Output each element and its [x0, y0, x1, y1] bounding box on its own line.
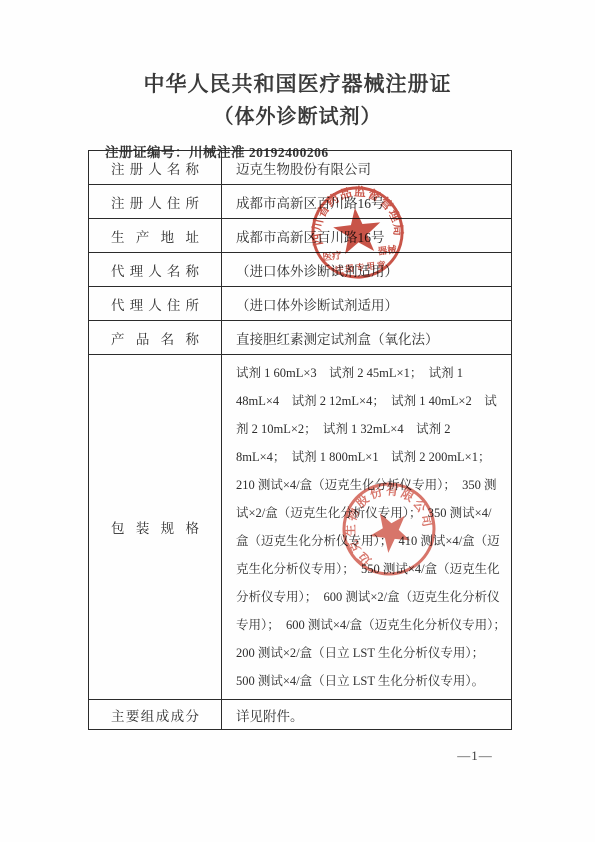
- page-number: —1—: [445, 748, 505, 764]
- row-value: 迈克生物股份有限公司: [222, 151, 512, 185]
- table-row: 注册人名称 迈克生物股份有限公司: [89, 151, 512, 185]
- row-value: 成都市高新区百川路16号: [222, 219, 512, 253]
- table-row: 主要组成成分 详见附件。: [89, 700, 512, 730]
- table-row: 注册人住所 成都市高新区百川路16号: [89, 185, 512, 219]
- certificate-page: 中华人民共和国医疗器械注册证 （体外诊断试剂） 注册证编号：川械注准 20192…: [0, 0, 595, 842]
- row-value-packing-spec: 试剂 1 60mL×3 试剂 2 45mL×1； 试剂 1 48mL×4 试剂 …: [222, 355, 512, 700]
- row-label: 注册人住所: [89, 185, 222, 219]
- row-value: （进口体外诊断试剂适用）: [222, 287, 512, 321]
- row-label: 代理人名称: [89, 253, 222, 287]
- row-label: 主要组成成分: [89, 700, 222, 730]
- row-label: 注册人名称: [89, 151, 222, 185]
- row-value: （进口体外诊断试剂适用）: [222, 253, 512, 287]
- table-row: 生产地址 成都市高新区百川路16号: [89, 219, 512, 253]
- row-label: 包装规格: [89, 355, 222, 700]
- table-row: 代理人住所 （进口体外诊断试剂适用）: [89, 287, 512, 321]
- page-subtitle: （体外诊断试剂）: [0, 100, 595, 129]
- table-row-packing: 包装规格 试剂 1 60mL×3 试剂 2 45mL×1； 试剂 1 48mL×…: [89, 355, 512, 700]
- page-title: 中华人民共和国医疗器械注册证: [0, 68, 595, 98]
- row-label: 生产地址: [89, 219, 222, 253]
- row-value: 直接胆红素测定试剂盒（氧化法）: [222, 321, 512, 355]
- table-row: 代理人名称 （进口体外诊断试剂适用）: [89, 253, 512, 287]
- row-value: 成都市高新区百川路16号: [222, 185, 512, 219]
- row-label: 代理人住所: [89, 287, 222, 321]
- table-row: 产品名称 直接胆红素测定试剂盒（氧化法）: [89, 321, 512, 355]
- certificate-table: 注册人名称 迈克生物股份有限公司 注册人住所 成都市高新区百川路16号 生产地址…: [88, 150, 512, 730]
- row-value: 详见附件。: [222, 700, 512, 730]
- row-label: 产品名称: [89, 321, 222, 355]
